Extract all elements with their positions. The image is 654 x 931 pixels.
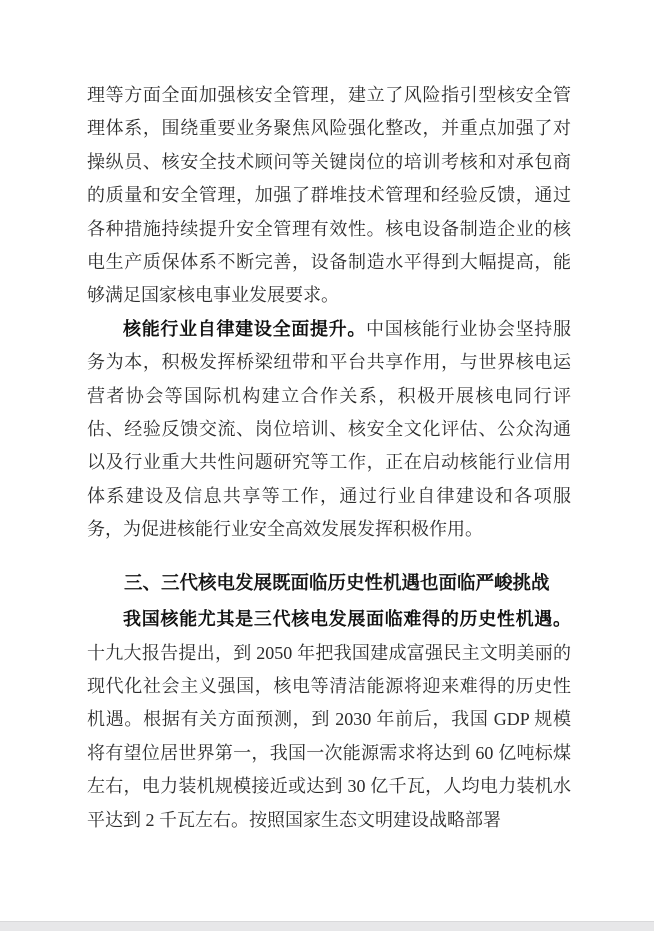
body-paragraph-1: 理等方面全面加强核安全管理，建立了风险指引型核安全管理体系，围绕重要业务聚焦风险… <box>87 79 571 313</box>
paragraph-2-text: 中国核能行业协会坚持服务为本，积极发挥桥梁纽带和平台共享作用，与世界核电运营者协… <box>87 319 571 539</box>
document-page: 理等方面全面加强核安全管理，建立了风险指引型核安全管理体系，围绕重要业务聚焦风险… <box>0 0 654 921</box>
page-text-block: 理等方面全面加强核安全管理，建立了风险指引型核安全管理体系，围绕重要业务聚焦风险… <box>87 79 571 837</box>
paragraph-2-bold-lead: 核能行业自律建设全面提升。 <box>123 319 366 339</box>
body-paragraph-3: 我国核能尤其是三代核电发展面临难得的历史性机遇。十九大报告提出，到 2050 年… <box>87 603 571 837</box>
paragraph-3-bold-lead: 我国核能尤其是三代核电发展面临难得的历史性机遇。 <box>123 609 571 629</box>
body-paragraph-2: 核能行业自律建设全面提升。中国核能行业协会坚持服务为本，积极发挥桥梁纽带和平台共… <box>87 313 571 547</box>
section-heading: 三、三代核电发展既面临历史性机遇也面临严峻挑战 <box>87 566 571 599</box>
paragraph-3-text: 十九大报告提出，到 2050 年把我国建成富强民主文明美丽的现代化社会主义强国，… <box>87 643 571 830</box>
document-viewer: 理等方面全面加强核安全管理，建立了风险指引型核安全管理体系，围绕重要业务聚焦风险… <box>0 0 654 931</box>
viewer-background-strip <box>0 921 654 931</box>
